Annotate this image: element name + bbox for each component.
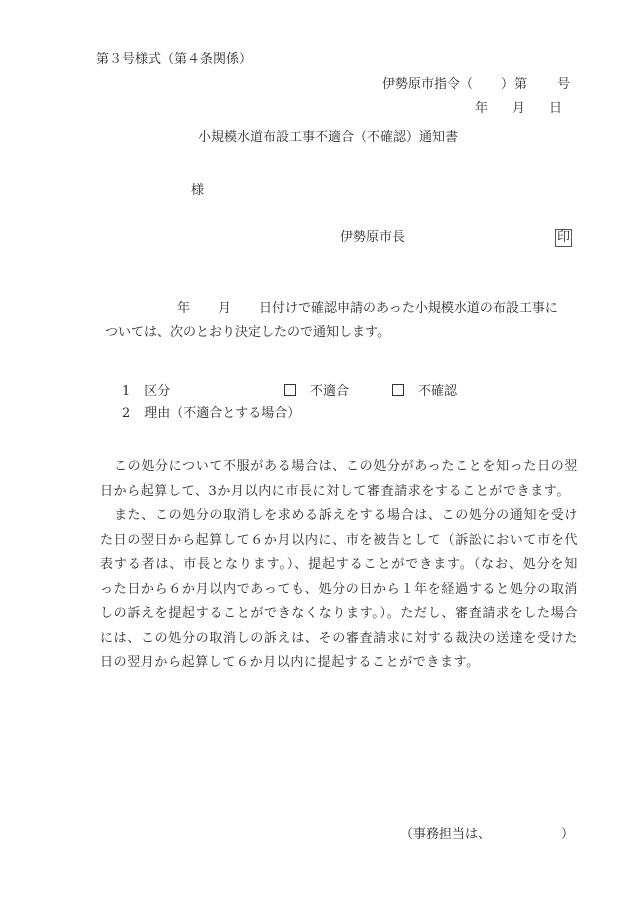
reference-prefix: 伊勢原市指令（ — [382, 77, 473, 92]
item-1: 1区分 — [122, 384, 170, 400]
checkbox-icon[interactable] — [392, 384, 404, 396]
option-fukakunin[interactable]: 不確認 — [392, 384, 457, 400]
item-1-number: 1 — [122, 384, 130, 399]
notice-body: この処分について不服がある場合は、この処分があったことを知った日の翌日から起算し… — [100, 455, 578, 676]
intro-line2: ついては、次のとおり決定したので通知します。 — [105, 325, 390, 341]
date-month: 月 — [512, 101, 525, 116]
intro-rest: 日付けで確認申請のあった小規模水道の布設工事に — [259, 301, 558, 316]
item-2-label: 理由（不適合とする場合） — [144, 406, 300, 421]
date-day: 日 — [549, 101, 562, 116]
seal-mark: 印 — [555, 229, 572, 247]
lawsuit-paragraph: また、この処分の取消しを求める訴えをする場合は、この処分の通知を受けた日の翌日か… — [100, 504, 578, 676]
contact-close: ） — [561, 827, 574, 842]
contact-line: （事務担当は、） — [400, 827, 574, 843]
appeal-paragraph: この処分について不服がある場合は、この処分があったことを知った日の翌日から起算し… — [100, 455, 578, 504]
issue-date: 年月日 — [475, 101, 562, 117]
date-year: 年 — [475, 101, 488, 116]
option-futekigo[interactable]: 不適合 — [284, 384, 349, 400]
item-2: 2理由（不適合とする場合） — [122, 406, 300, 422]
intro-line1: 年月日付けで確認申請のあった小規模水道の布設工事に — [177, 301, 558, 317]
seal-icon: 印 — [555, 229, 572, 247]
document-title: 小規模水道布設工事不適合（不確認）通知書 — [198, 130, 458, 146]
intro-year: 年 — [177, 301, 190, 316]
addressee-suffix: 様 — [191, 183, 204, 199]
item-1-label: 区分 — [144, 384, 170, 399]
form-label: 第３号様式（第４条関係） — [96, 52, 252, 68]
checkbox-icon[interactable] — [284, 384, 296, 396]
intro-month: 月 — [218, 301, 231, 316]
reference-middle: ）第 — [501, 77, 527, 92]
option-label: 不適合 — [310, 384, 349, 399]
contact-open: （事務担当は、 — [400, 827, 491, 842]
issuer-name: 伊勢原市長 — [340, 230, 405, 246]
reference-suffix: 号 — [557, 77, 570, 92]
item-2-number: 2 — [122, 406, 130, 421]
option-label: 不確認 — [418, 384, 457, 399]
reference-number: 伊勢原市指令（）第号 — [382, 77, 570, 93]
